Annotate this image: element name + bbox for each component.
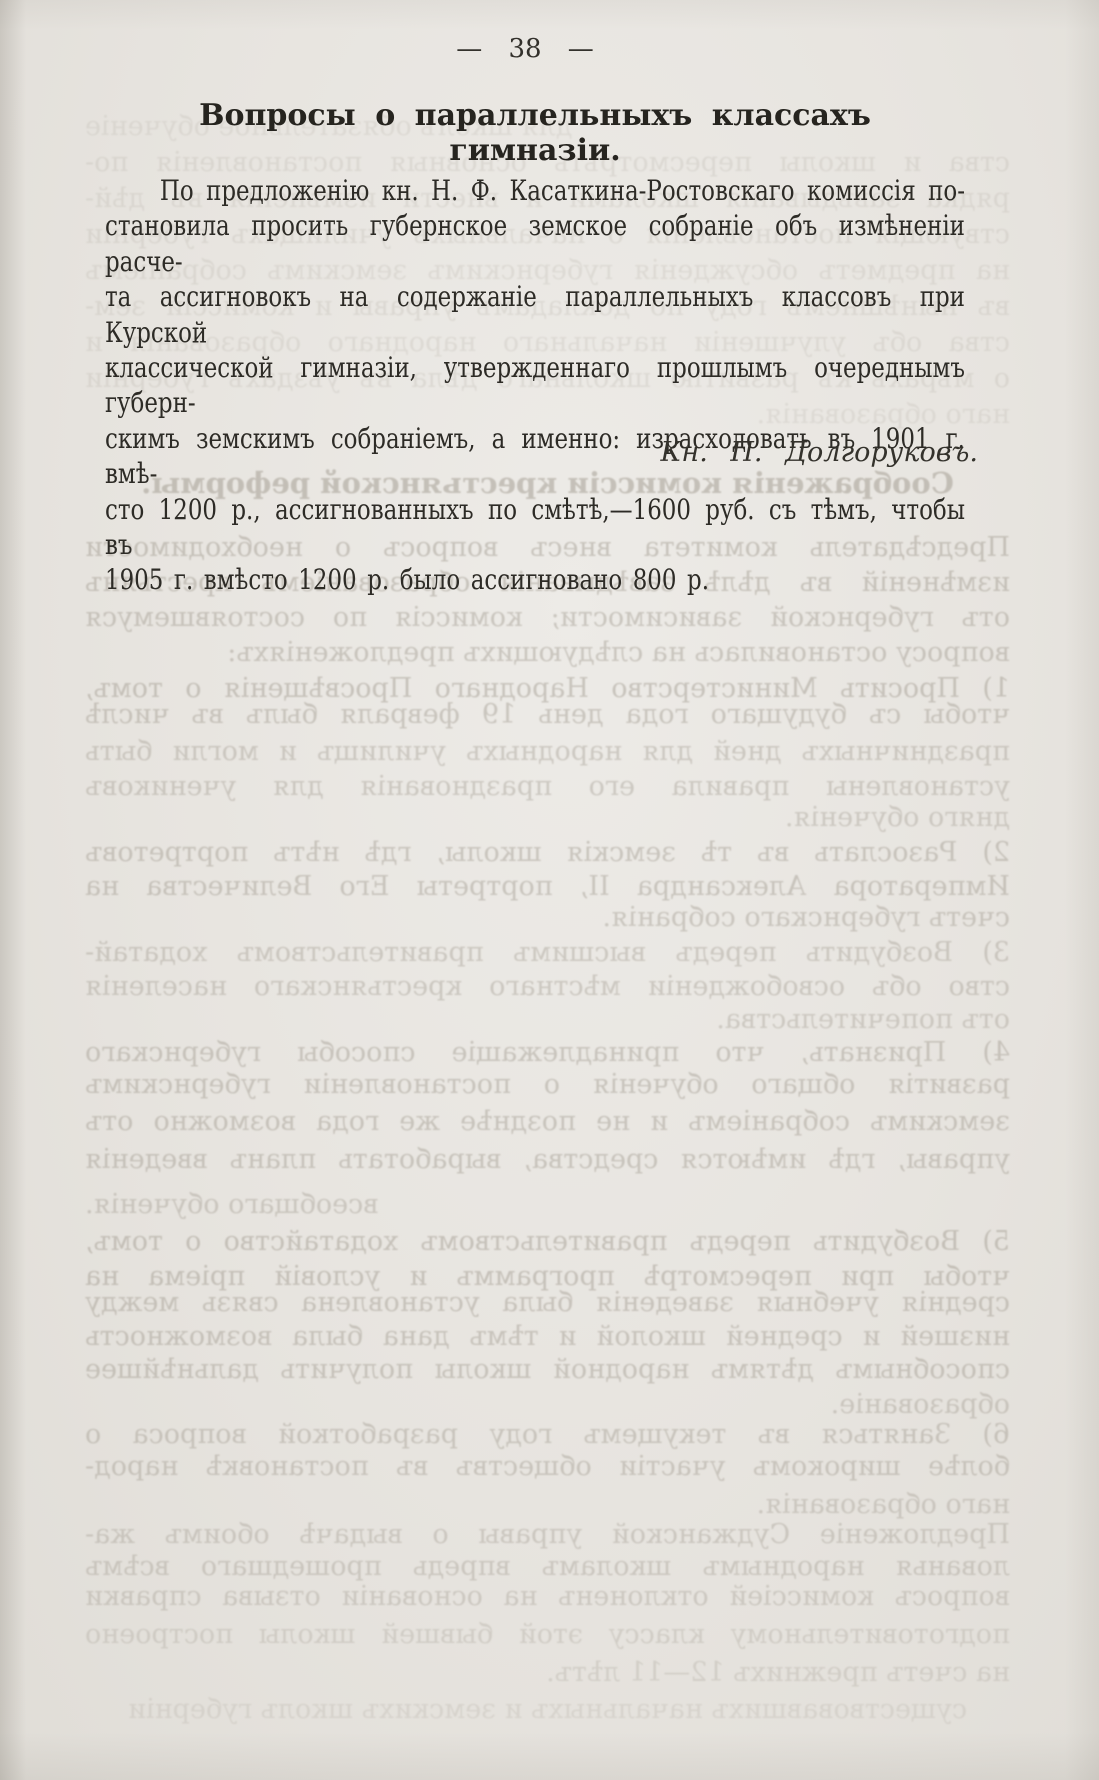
- book-page: для школъ обязательное обученіества и шк…: [0, 0, 1099, 1780]
- body-line: становила просить губернское земское соб…: [105, 208, 965, 279]
- body-line: классической гимназіи, утвержденнаго про…: [105, 350, 965, 421]
- printed-content: — 38 — Вопросы о параллельныхъ классахъ …: [0, 0, 1099, 1780]
- signature-author: Кн. П. Долгоруковъ.: [661, 437, 978, 468]
- body-line: 1905 г. вмѣсто 1200 р. было ассигновано …: [105, 562, 965, 597]
- page-number: — 38 —: [0, 34, 1050, 64]
- body-line: По предложенію кн. Н. Ф. Касаткина-Росто…: [105, 173, 965, 208]
- article-paragraph-lines: По предложенію кн. Н. Ф. Касаткина-Росто…: [105, 173, 965, 598]
- body-line: та ассигновокъ на содержаніе параллельны…: [105, 279, 965, 350]
- article-title: Вопросы о параллельныхъ классахъ гимназі…: [105, 98, 965, 168]
- article-paragraph: По предложенію кн. Н. Ф. Касаткина-Росто…: [105, 173, 965, 598]
- body-line: сто 1200 р., ассигнованныхъ по смѣтѣ,—16…: [105, 492, 965, 563]
